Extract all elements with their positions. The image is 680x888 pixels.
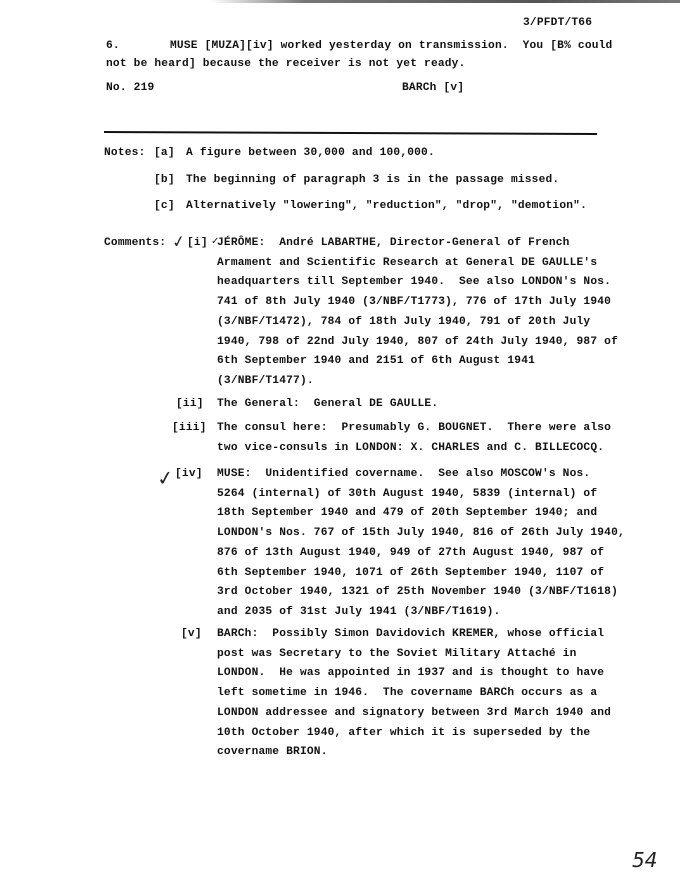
document-reference: 3/PFDT/T66 — [523, 17, 592, 29]
comment-line: post was Secretary to the Soviet Militar… — [217, 648, 577, 660]
comment-line: (3/NBF/T1472), 784 of 18th July 1940, 79… — [217, 316, 590, 328]
comment-line: The consul here: Presumably G. BOUGNET. … — [217, 422, 611, 434]
comment-marker: [iv] — [175, 468, 203, 480]
scan-shadow-edge — [210, 0, 680, 3]
check-mark-icon: ✓ — [170, 231, 187, 252]
note-marker: [c] — [154, 200, 175, 212]
comment-line: 741 of 8th July 1940 (3/NBF/T1773), 776 … — [217, 296, 611, 308]
comment-line: 5264 (internal) of 30th August 1940, 583… — [217, 488, 597, 500]
note-marker: [a] — [154, 147, 175, 159]
check-mark-icon: ✓ — [155, 465, 175, 491]
comment-line: 18th September 1940 and 479 of 20th Sept… — [217, 507, 597, 519]
horizontal-rule — [104, 131, 597, 135]
notes-label: Notes: — [104, 147, 145, 159]
comment-line: Armament and Scientific Research at Gene… — [217, 257, 597, 269]
comment-line: LONDON's Nos. 767 of 15th July 1940, 816… — [217, 527, 625, 539]
comment-marker: [i] — [187, 237, 208, 249]
check-mark-icon: ✓ — [211, 236, 219, 247]
comment-line: 6th September 1940 and 2151 of 6th Augus… — [217, 355, 535, 367]
message-number: No. 219 — [106, 82, 154, 94]
comment-marker: [iii] — [172, 422, 207, 434]
comment-line: 876 of 13th August 1940, 949 of 27th Aug… — [217, 547, 604, 559]
comment-line: MUSE: Unidentified covername. See also M… — [217, 468, 590, 480]
handwritten-page-number: 54 — [632, 848, 657, 872]
message-line-2: not be heard] because the receiver is no… — [106, 58, 466, 70]
comment-line: 6th September 1940, 1071 of 26th Septemb… — [217, 567, 604, 579]
note-text: The beginning of paragraph 3 is in the p… — [186, 174, 559, 186]
comment-line: and 2035 of 31st July 1941 (3/NBF/T1619)… — [217, 606, 500, 618]
note-text: A figure between 30,000 and 100,000. — [186, 147, 435, 159]
paragraph-number: 6. — [106, 40, 120, 52]
comment-line: 3rd October 1940, 1321 of 25th November … — [217, 586, 618, 598]
comment-line: JÉRÔME: André LABARTHE, Director-General… — [217, 237, 570, 249]
comment-line: BARCh: Possibly Simon Davidovich KREMER,… — [217, 628, 604, 640]
comment-line: headquarters till September 1940. See al… — [217, 276, 611, 288]
comment-line: left sometime in 1946. The covername BAR… — [217, 687, 597, 699]
comment-line: The General: General DE GAULLE. — [217, 398, 438, 410]
note-text: Alternatively "lowering", "reduction", "… — [186, 200, 587, 212]
comment-line: covername BRION. — [217, 746, 328, 758]
comment-marker: [ii] — [176, 398, 204, 410]
comment-line: (3/NBF/T1477). — [217, 375, 314, 387]
comment-line: LONDON addressee and signatory between 3… — [217, 707, 611, 719]
comment-line: LONDON. He was appointed in 1937 and is … — [217, 667, 604, 679]
message-signature: BARCh [v] — [402, 82, 464, 94]
comment-line: 10th October 1940, after which it is sup… — [217, 727, 590, 739]
note-marker: [b] — [154, 174, 175, 186]
comment-line: two vice-consuls in LONDON: X. CHARLES a… — [217, 442, 604, 454]
comment-line: 1940, 798 of 22nd July 1940, 807 of 24th… — [217, 336, 618, 348]
comment-marker: [v] — [181, 628, 202, 640]
message-line-1: MUSE [MUZA][iv] worked yesterday on tran… — [170, 40, 612, 52]
comments-label: Comments: — [104, 237, 166, 249]
